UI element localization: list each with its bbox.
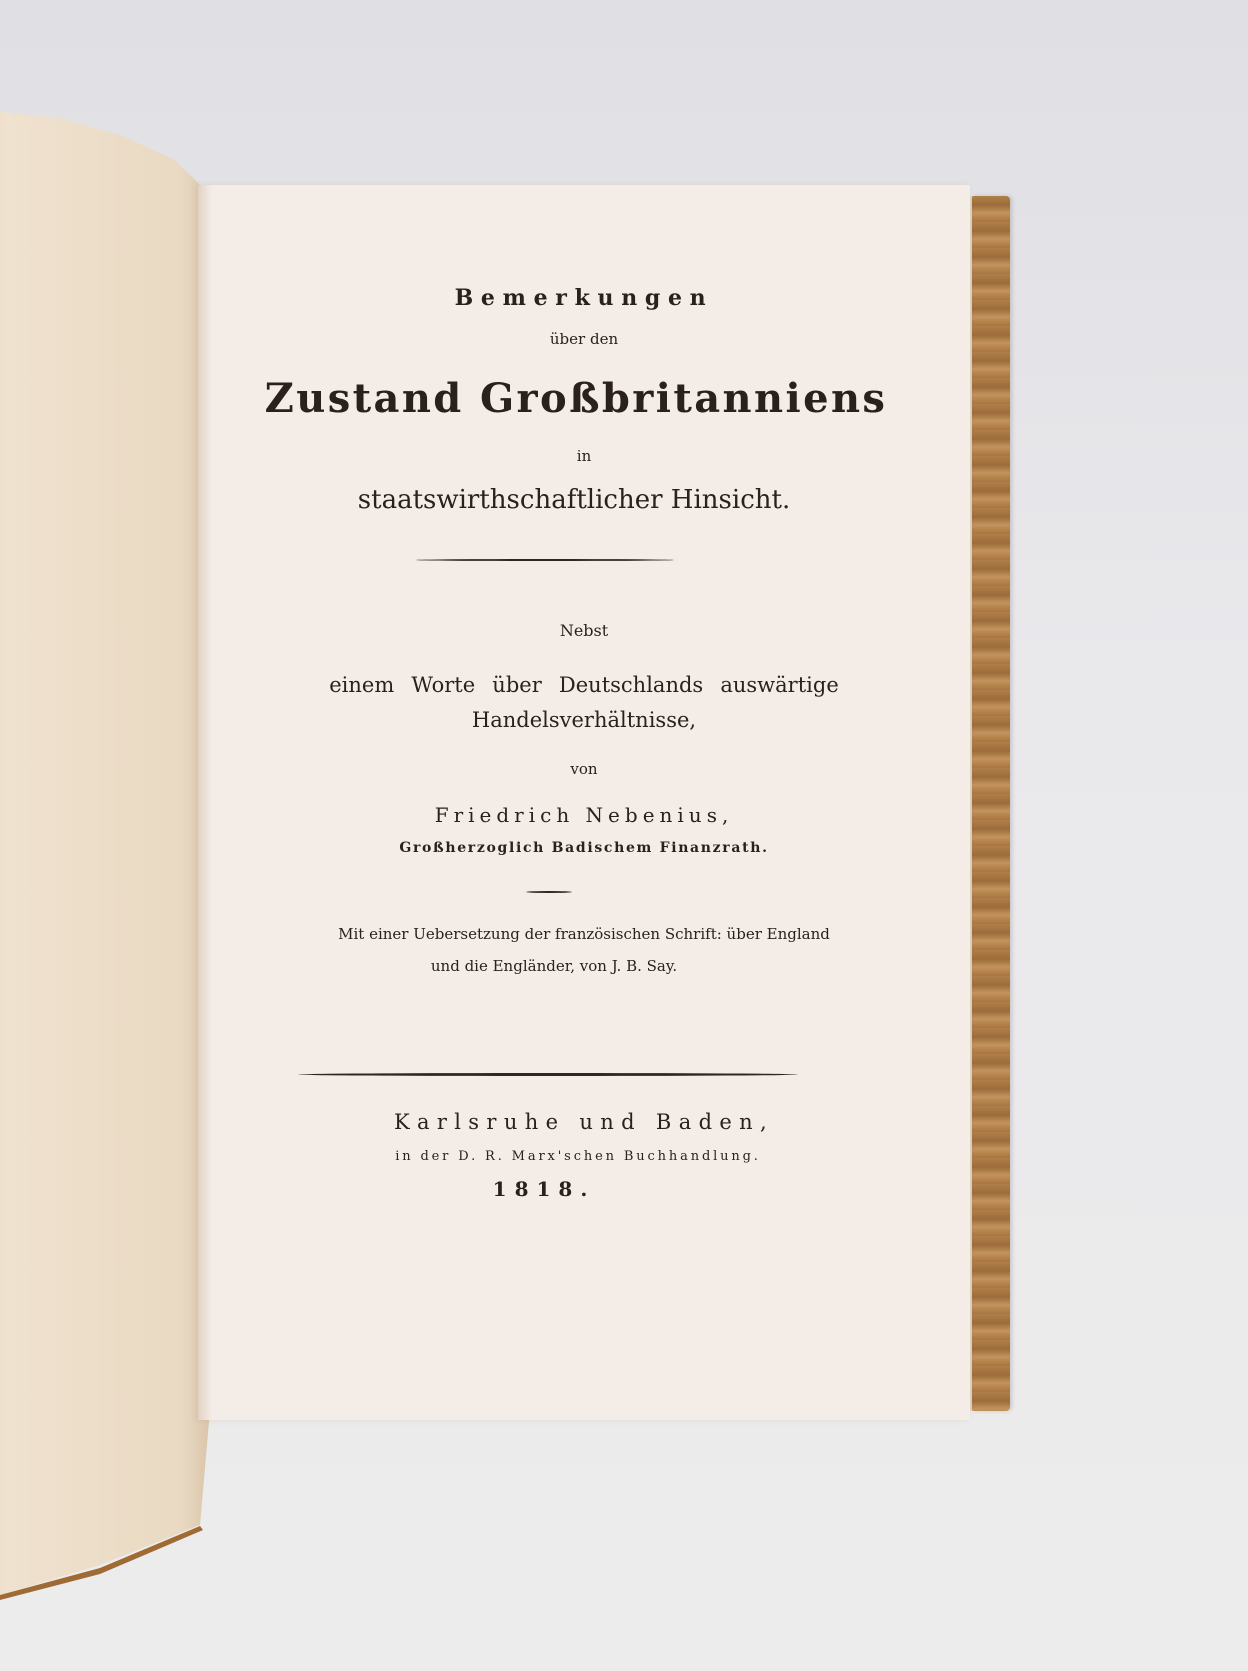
leather-binding-edge [972, 196, 1010, 1411]
text-ueber-den: über den [198, 330, 970, 348]
translation-line-2: und die Engländer, von J. B. Say. [168, 957, 940, 975]
divider-rule-2 [526, 891, 572, 893]
title-page: Bemerkungen über den Zustand Großbritann… [198, 185, 970, 1420]
heading-bemerkungen: Bemerkungen [198, 285, 970, 311]
divider-rule-3 [298, 1073, 798, 1076]
subtitle-line-2: Handelsverhältnisse, [198, 708, 970, 732]
imprint-place: Karlsruhe und Baden, [198, 1110, 970, 1134]
left-page-shadow [0, 0, 210, 1671]
text-hinsicht: staatswirthschaftlicher Hinsicht. [188, 485, 960, 515]
imprint-publisher: in der D. R. Marx'schen Buchhandlung. [192, 1149, 964, 1164]
text-nebst: Nebst [198, 621, 970, 640]
divider-rule-1 [416, 559, 674, 561]
translation-line-1: Mit einer Uebersetzung der französischen… [198, 925, 970, 943]
subtitle-line-1: einem Worte über Deutschlands auswärtige [198, 673, 970, 697]
text-von: von [198, 760, 970, 778]
text-in: in [198, 447, 970, 465]
author-title: Großherzoglich Badischem Finanzrath. [198, 840, 970, 856]
author-name: Friedrich Nebenius, [198, 803, 970, 827]
imprint-year: 1818. [158, 1177, 930, 1201]
main-title: Zustand Großbritanniens [190, 375, 962, 422]
